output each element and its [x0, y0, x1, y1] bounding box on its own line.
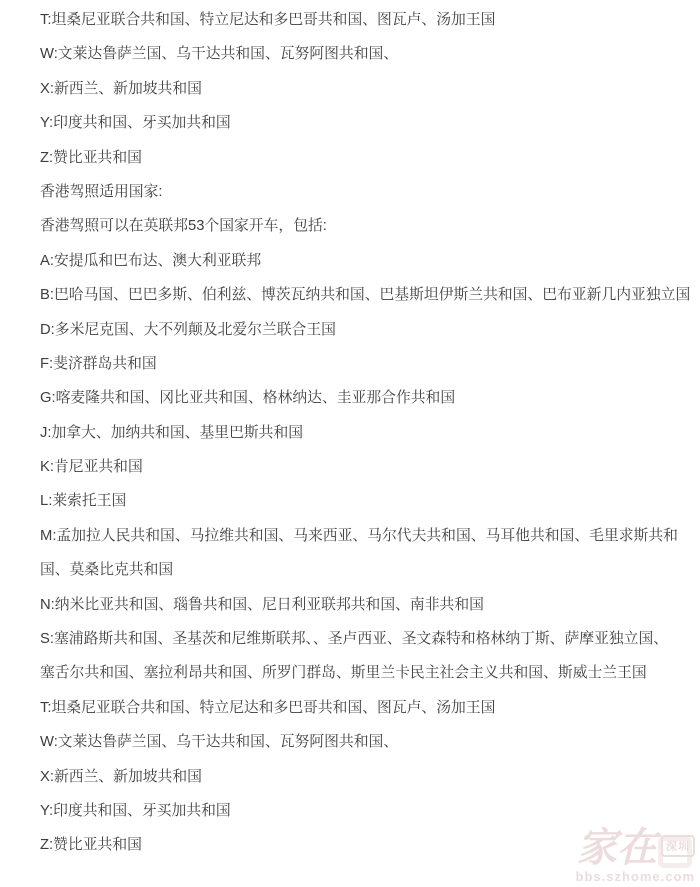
text-line: S:塞浦路斯共和国、圣基茨和尼维斯联邦、、圣卢西亚、圣文森特和格林纳丁斯、萨摩亚… [40, 622, 680, 656]
text-line: 塞舌尔共和国、塞拉利昂共和国、所罗门群岛、斯里兰卡民主社会主义共和国、斯威士兰王… [40, 656, 680, 690]
text-line: T:坦桑尼亚联合共和国、特立尼达和多巴哥共和国、图瓦卢、汤加王国 [40, 3, 680, 37]
text-line: X:新西兰、新加坡共和国 [40, 760, 680, 794]
text-line: M:孟加拉人民共和国、马拉维共和国、马来西亚、马尔代夫共和国、马耳他共和国、毛里… [40, 519, 680, 553]
text-line: F:斐济群岛共和国 [40, 347, 680, 381]
text-lines: T:坦桑尼亚联合共和国、特立尼达和多巴哥共和国、图瓦卢、汤加王国W:文莱达鲁萨兰… [40, 3, 680, 863]
text-line: W:文莱达鲁萨兰国、乌干达共和国、瓦努阿图共和国、 [40, 37, 680, 71]
text-line: G:喀麦隆共和国、冈比亚共和国、格林纳达、圭亚那合作共和国 [40, 381, 680, 415]
text-line: N:纳米比亚共和国、瑙鲁共和国、尼日利亚联邦共和国、南非共和国 [40, 588, 680, 622]
text-line: X:新西兰、新加坡共和国 [40, 72, 680, 106]
watermark: 家在 深圳 bbs.szhome.com [576, 828, 695, 884]
text-line: L:莱索托王国 [40, 484, 680, 518]
text-line: B:巴哈马国、巴巴多斯、伯利兹、博茨瓦纳共和国、巴基斯坦伊斯兰共和国、巴布亚新几… [40, 278, 680, 312]
text-line: A:安提瓜和巴布达、澳大利亚联邦 [40, 244, 680, 278]
text-line: D:多米尼克国、大不列颠及北爱尔兰联合王国 [40, 313, 680, 347]
document-body: T:坦桑尼亚联合共和国、特立尼达和多巴哥共和国、图瓦卢、汤加王国W:文莱达鲁萨兰… [0, 0, 700, 863]
text-line: J:加拿大、加纳共和国、基里巴斯共和国 [40, 416, 680, 450]
text-line: 香港驾照适用国家: [40, 175, 680, 209]
text-line: T:坦桑尼亚联合共和国、特立尼达和多巴哥共和国、图瓦卢、汤加王国 [40, 691, 680, 725]
watermark-brand-text: 家在 [577, 828, 657, 868]
watermark-site-url: bbs.szhome.com [576, 869, 695, 884]
text-line: 国、莫桑比克共和国 [40, 553, 680, 587]
text-line: 香港驾照可以在英联邦53个国家开车，包括: [40, 209, 680, 243]
watermark-square-shape [658, 836, 692, 868]
text-line: Y:印度共和国、牙买加共和国 [40, 794, 680, 828]
text-line: Y:印度共和国、牙买加共和国 [40, 106, 680, 140]
text-line: K:肯尼亚共和国 [40, 450, 680, 484]
text-line: W:文莱达鲁萨兰国、乌干达共和国、瓦努阿图共和国、 [40, 725, 680, 759]
text-line: Z:赞比亚共和国 [40, 141, 680, 175]
